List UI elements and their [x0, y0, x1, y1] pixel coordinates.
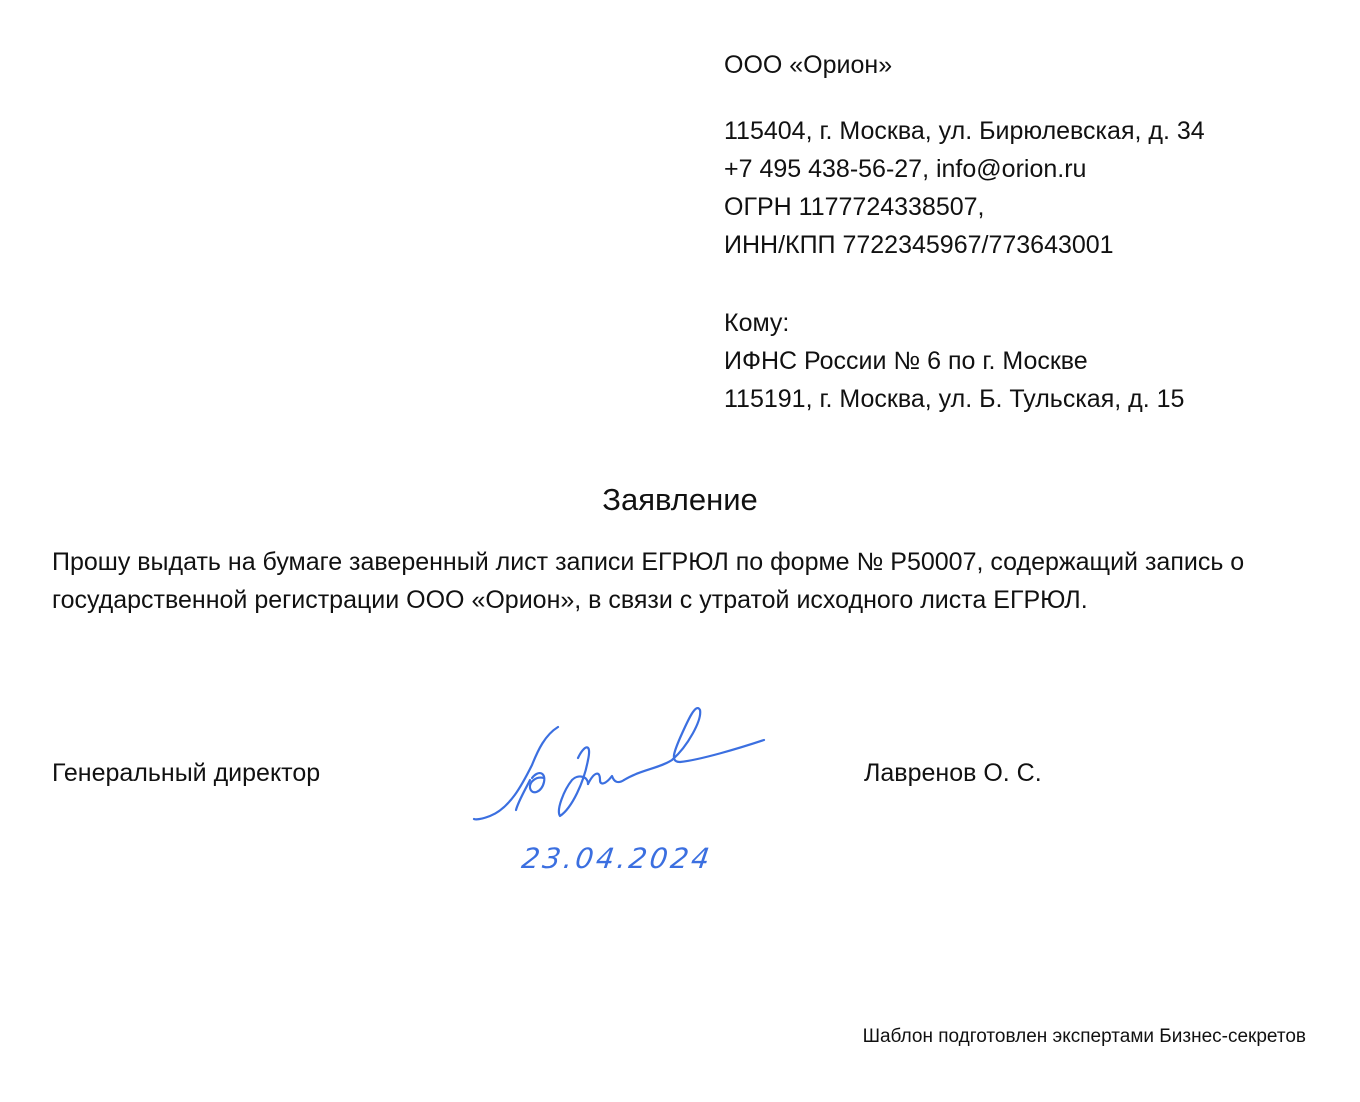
document-title: Заявление — [0, 480, 1360, 520]
sender-company: ООО «Орион» — [724, 46, 1205, 84]
recipient-address: 115191, г. Москва, ул. Б. Тульская, д. 1… — [724, 380, 1184, 418]
signatory-name: Лавренов О. С. — [864, 754, 1042, 792]
document-body: Прошу выдать на бумаге заверенный лист з… — [52, 543, 1282, 619]
handwritten-date: 23.04.2024 — [520, 842, 715, 875]
template-credit: Шаблон подготовлен экспертами Бизнес-сек… — [863, 1023, 1306, 1051]
sender-inn-kpp: ИНН/КПП 7722345967/773643001 — [724, 226, 1205, 264]
signatory-role: Генеральный директор — [52, 754, 320, 792]
recipient-label: Кому: — [724, 304, 1184, 342]
handwritten-signature — [460, 690, 780, 840]
sender-ogrn: ОГРН 1177724338507, — [724, 188, 1205, 226]
sender-address: 115404, г. Москва, ул. Бирюлевская, д. 3… — [724, 112, 1205, 150]
recipient-name: ИФНС России № 6 по г. Москве — [724, 342, 1184, 380]
sender-block: ООО «Орион» 115404, г. Москва, ул. Бирюл… — [724, 46, 1205, 264]
sender-contacts: +7 495 438-56-27, info@orion.ru — [724, 150, 1205, 188]
recipient-block: Кому: ИФНС России № 6 по г. Москве 11519… — [724, 304, 1184, 418]
